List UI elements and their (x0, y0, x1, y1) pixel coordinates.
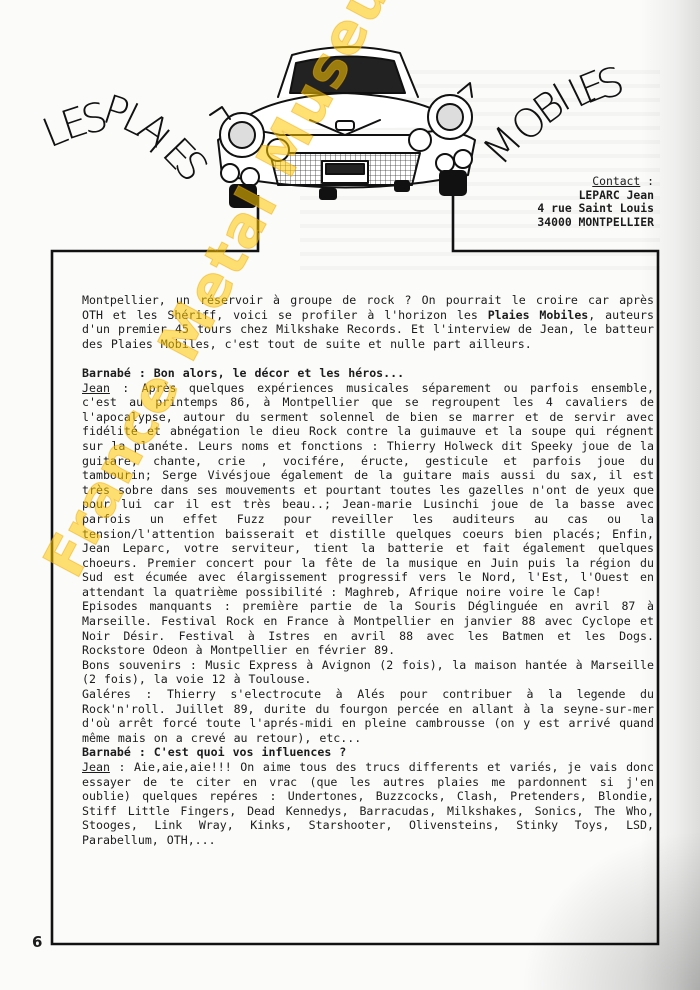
answer-1: Jean : Après quelques expériences musica… (82, 381, 654, 600)
question-1: Barnabé : Bon alors, le décor et les hér… (82, 366, 654, 381)
intro-paragraph: Montpellier, un réservoir à groupe de ro… (82, 293, 654, 351)
page-number: 6 (32, 933, 42, 951)
question-2: Barnabé : C'est quoi vos influences ? (82, 745, 654, 760)
answer-1-text: : Après quelques expériences musicales s… (82, 381, 654, 599)
contact-name: LEPARC Jean (537, 189, 654, 203)
episodes-paragraph: Episodes manquants : première partie de … (82, 599, 654, 657)
answer-1-speaker: Jean (82, 381, 110, 395)
contact-street: 4 rue Saint Louis (537, 202, 654, 216)
contact-label: Contact (592, 174, 640, 188)
page-corner-shadow (520, 830, 700, 990)
souvenirs-paragraph: Bons souvenirs : Music Express à Avignon… (82, 658, 654, 687)
article-body: Montpellier, un réservoir à groupe de ro… (82, 293, 654, 848)
contact-city: 34000 MONTPELLIER (537, 216, 654, 230)
answer-2-speaker: Jean (82, 760, 110, 774)
contact-heading: Contact : (537, 175, 654, 189)
car-illustration (200, 35, 490, 215)
contact-block: Contact : LEPARC Jean 4 rue Saint Louis … (537, 175, 654, 229)
galeres-paragraph: Galéres : Thierry s'electrocute à Alés p… (82, 687, 654, 745)
paragraph-gap (82, 351, 654, 366)
band-name: Plaies Mobiles (488, 308, 589, 322)
